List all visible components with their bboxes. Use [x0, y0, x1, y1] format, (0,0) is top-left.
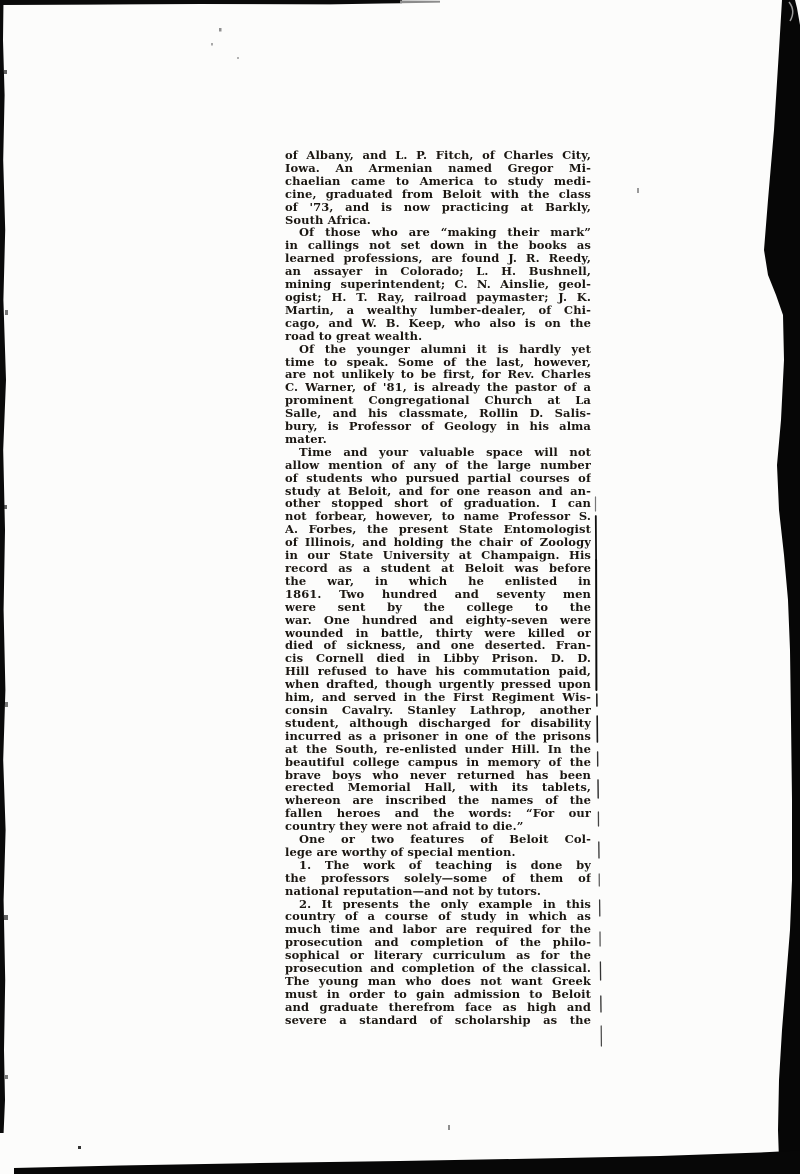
scan-speck — [637, 188, 639, 193]
scan-speck — [448, 1125, 450, 1130]
scan-speck — [4, 70, 7, 74]
scan-speck — [219, 28, 222, 32]
column-rule — [596, 497, 602, 1046]
scan-artifacts — [0, 0, 800, 1174]
scan-speck — [5, 1075, 8, 1079]
scan-speck — [5, 310, 8, 315]
scan-artifact-left-edge — [0, 0, 6, 1133]
scan-speck — [211, 43, 213, 46]
scan-artifact-top-edge-fade — [400, 1, 440, 4]
scan-speck — [237, 57, 239, 59]
scan-artifact-right-edge — [764, 0, 800, 1162]
scan-speck — [78, 1146, 81, 1149]
scanned-page: of Albany, and L. P. Fitch, of Charles C… — [0, 0, 800, 1174]
scan-artifact-bottom-edge — [14, 1151, 800, 1174]
scan-speck — [4, 915, 8, 920]
scan-artifact-top-edge — [0, 0, 402, 5]
scan-speck — [4, 505, 7, 509]
scan-speck — [5, 702, 8, 707]
